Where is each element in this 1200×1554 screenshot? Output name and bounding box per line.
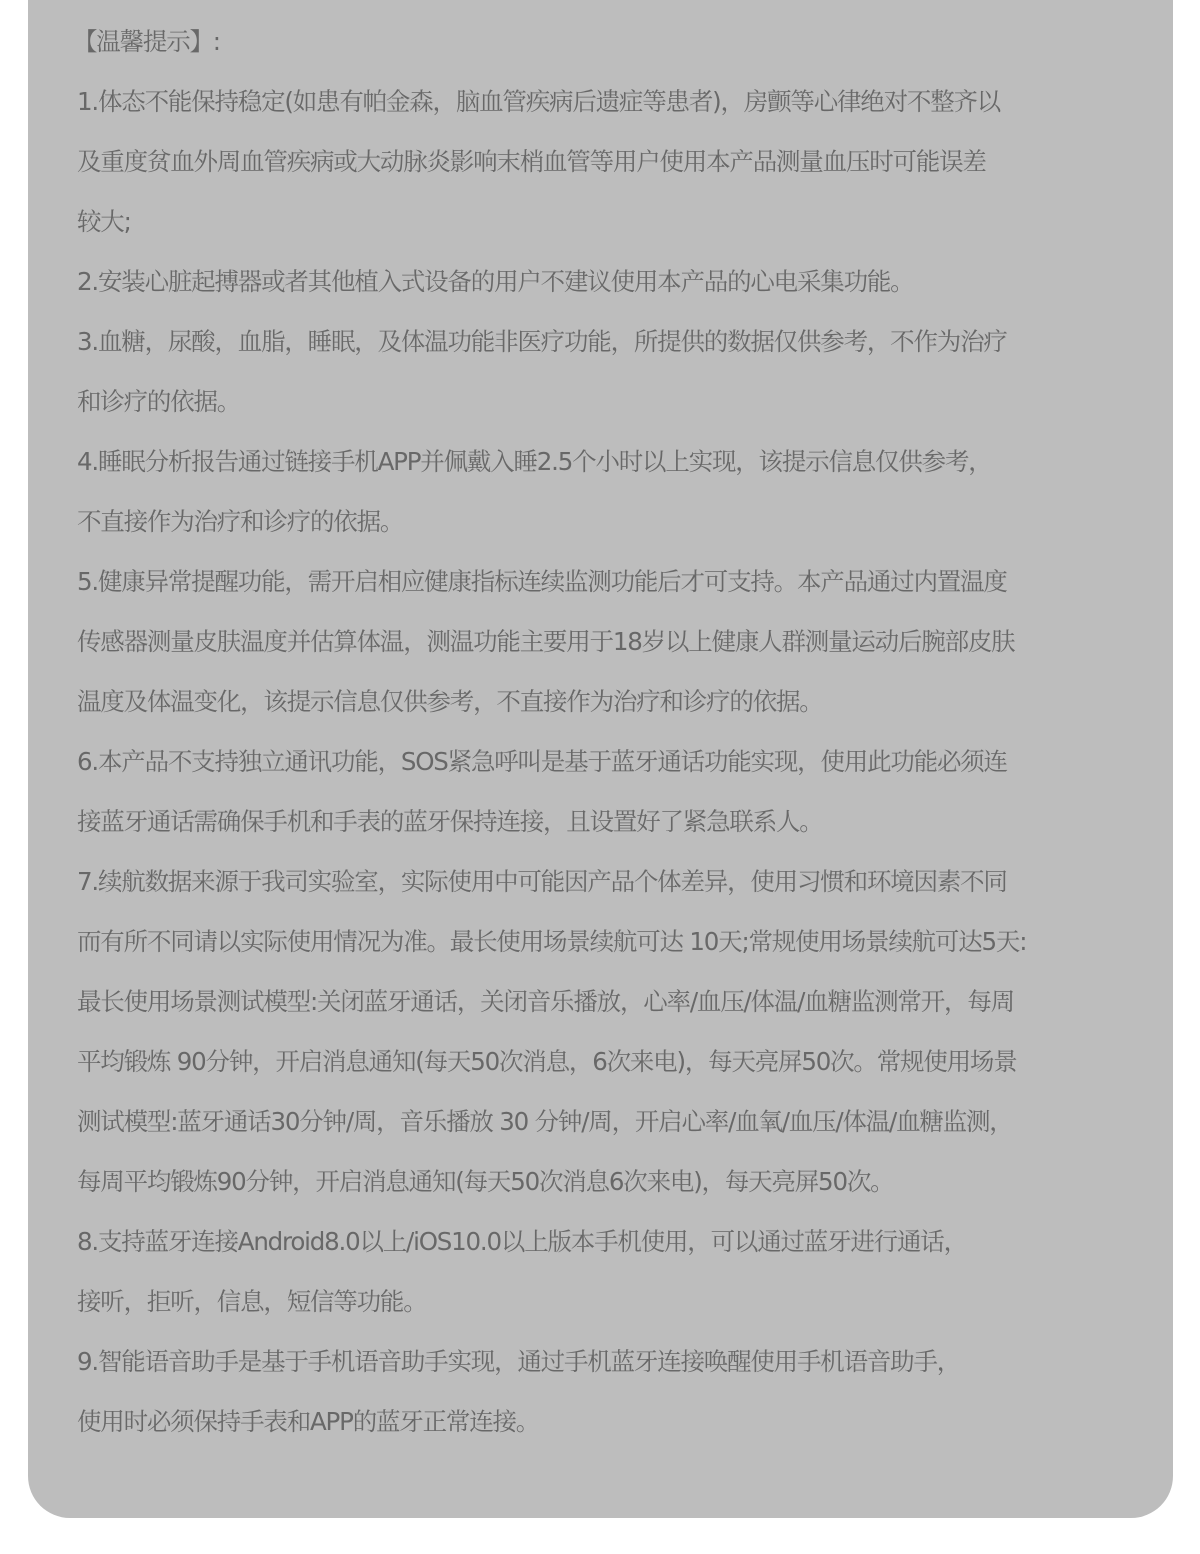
notice-item-8: 8.支持蓝牙连接Android8.0以上/iOS10.0以上版本手机使用，可以通… bbox=[77, 1212, 1167, 1332]
notice-item-9: 9.智能语音助手是基于手机语音助手实现，通过手机蓝牙连接唤醒使用手机语音助手， … bbox=[77, 1332, 1167, 1452]
notice-item-7-line-3: 最长使用场景测试模型:关闭蓝牙通话，关闭音乐播放，心率/血压/体温/血糖监测常开… bbox=[77, 972, 1167, 1032]
notice-item-3-line-2: 和诊疗的依据。 bbox=[77, 372, 1167, 432]
notice-item-4-line-1: 4.睡眠分析报告通过链接手机APP并佩戴入睡2.5个小时以上实现，该提示信息仅供… bbox=[77, 432, 1167, 492]
notice-item-7-line-2: 而有所不同请以实际使用情况为准。最长使用场景续航可达 10天;常规使用场景续航可… bbox=[77, 912, 1167, 972]
notice-item-7-line-5: 测试模型:蓝牙通话30分钟/周，音乐播放 30 分钟/周，开启心率/血氧/血压/… bbox=[77, 1092, 1167, 1152]
notice-item-2: 2.安装心脏起搏器或者其他植入式设备的用户不建议使用本产品的心电采集功能。 bbox=[77, 252, 1167, 312]
notice-item-1-line-1: 1.体态不能保持稳定(如患有帕金森，脑血管疾病后遗症等患者)，房颤等心律绝对不整… bbox=[77, 72, 1167, 132]
notice-item-3: 3.血糖，尿酸，血脂，睡眠，及体温功能非医疗功能，所提供的数据仅供参考，不作为治… bbox=[77, 312, 1167, 432]
notice-item-8-line-2: 接听，拒听，信息，短信等功能。 bbox=[77, 1272, 1167, 1332]
notice-item-7-line-1: 7.续航数据来源于我司实验室，实际使用中可能因产品个体差异，使用习惯和环境因素不… bbox=[77, 852, 1167, 912]
notice-item-9-line-1: 9.智能语音助手是基于手机语音助手实现，通过手机蓝牙连接唤醒使用手机语音助手， bbox=[77, 1332, 1167, 1392]
notice-item-6-line-1: 6.本产品不支持独立通讯功能，SOS紧急呼叫是基于蓝牙通话功能实现，使用此功能必… bbox=[77, 732, 1167, 792]
notice-title: 【温馨提示】: bbox=[73, 12, 1167, 72]
notice-item-2-line-1: 2.安装心脏起搏器或者其他植入式设备的用户不建议使用本产品的心电采集功能。 bbox=[77, 252, 1167, 312]
notice-item-5-line-3: 温度及体温变化，该提示信息仅供参考，不直接作为治疗和诊疗的依据。 bbox=[77, 672, 1167, 732]
notice-item-7-line-6: 每周平均锻炼90分钟，开启消息通知(每天50次消息6次来电)，每天亮屏50次。 bbox=[77, 1152, 1167, 1212]
notice-item-9-line-2: 使用时必须保持手表和APP的蓝牙正常连接。 bbox=[77, 1392, 1167, 1452]
notice-item-4-line-2: 不直接作为治疗和诊疗的依据。 bbox=[77, 492, 1167, 552]
notice-item-7-line-4: 平均锻炼 90分钟，开启消息通知(每天50次消息，6次来电)，每天亮屏50次。常… bbox=[77, 1032, 1167, 1092]
notice-content: 【温馨提示】: 1.体态不能保持稳定(如患有帕金森，脑血管疾病后遗症等患者)，房… bbox=[77, 12, 1167, 1452]
notice-item-6-line-2: 接蓝牙通话需确保手机和手表的蓝牙保持连接，且设置好了紧急联系人。 bbox=[77, 792, 1167, 852]
notice-item-3-line-1: 3.血糖，尿酸，血脂，睡眠，及体温功能非医疗功能，所提供的数据仅供参考，不作为治… bbox=[77, 312, 1167, 372]
notice-item-5: 5.健康异常提醒功能，需开启相应健康指标连续监测功能后才可支持。本产品通过内置温… bbox=[77, 552, 1167, 732]
notice-item-1-line-2: 及重度贫血外周血管疾病或大动脉炎影响末梢血管等用户使用本产品测量血压时可能误差 bbox=[77, 132, 1167, 192]
notice-item-5-line-1: 5.健康异常提醒功能，需开启相应健康指标连续监测功能后才可支持。本产品通过内置温… bbox=[77, 552, 1167, 612]
notice-item-1: 1.体态不能保持稳定(如患有帕金森，脑血管疾病后遗症等患者)，房颤等心律绝对不整… bbox=[77, 72, 1167, 252]
notice-item-7: 7.续航数据来源于我司实验室，实际使用中可能因产品个体差异，使用习惯和环境因素不… bbox=[77, 852, 1167, 1212]
notice-item-4: 4.睡眠分析报告通过链接手机APP并佩戴入睡2.5个小时以上实现，该提示信息仅供… bbox=[77, 432, 1167, 552]
notice-item-6: 6.本产品不支持独立通讯功能，SOS紧急呼叫是基于蓝牙通话功能实现，使用此功能必… bbox=[77, 732, 1167, 852]
notice-item-5-line-2: 传感器测量皮肤温度并估算体温，测温功能主要用于18岁以上健康人群测量运动后腕部皮… bbox=[77, 612, 1167, 672]
notice-item-1-line-3: 较大; bbox=[77, 192, 1167, 252]
notice-item-8-line-1: 8.支持蓝牙连接Android8.0以上/iOS10.0以上版本手机使用，可以通… bbox=[77, 1212, 1167, 1272]
